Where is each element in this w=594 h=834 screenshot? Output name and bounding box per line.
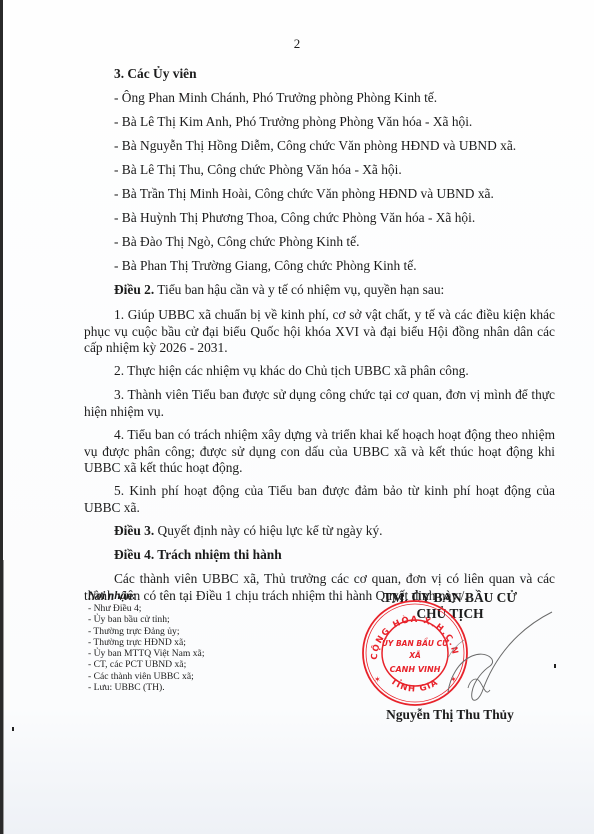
article-4-heading: Điều 4. Trách nhiệm thi hành bbox=[114, 547, 282, 563]
article-2-item-3: 3. Thành viên Tiểu ban được sử dụng công… bbox=[84, 387, 555, 420]
article-3-text: Quyết định này có hiệu lực kể từ ngày ký… bbox=[154, 523, 382, 538]
article-3-label: Điều 3. bbox=[114, 523, 154, 538]
article-2-item-2: 2. Thực hiện các nhiệm vụ khác do Chủ tị… bbox=[84, 363, 555, 380]
article-2-intro: Điều 2. Tiểu ban hậu cần và y tế có nhiệ… bbox=[114, 282, 444, 298]
section-heading: 3. Các Ủy viên bbox=[114, 66, 197, 82]
scan-speck bbox=[554, 664, 556, 668]
article-2-item-5: 5. Kinh phí hoạt động của Tiểu ban được … bbox=[84, 483, 555, 516]
recipient-item: - CT, các PCT UBND xã; bbox=[88, 659, 204, 670]
page-number: 2 bbox=[0, 36, 594, 52]
recipients-block: Nơi nhận: - Như Điều 4; - Ủy ban bầu cử … bbox=[88, 590, 204, 693]
member-item: - Ông Phan Minh Chánh, Phó Trưởng phòng … bbox=[114, 90, 437, 106]
recipient-item: - Ủy ban MTTQ Việt Nam xã; bbox=[88, 648, 204, 659]
stamp-inner-line2: XÃ bbox=[408, 651, 421, 660]
recipient-item: - Lưu: UBBC (TH). bbox=[88, 682, 204, 693]
recipient-item: - Thường trực Đảng ủy; bbox=[88, 626, 204, 637]
document-page: 2 3. Các Ủy viên - Ông Phan Minh Chánh, … bbox=[0, 0, 594, 834]
article-2-item-4: 4. Tiểu ban có trách nhiệm xây dựng và t… bbox=[84, 427, 555, 477]
article-2-intro-text: Tiểu ban hậu cần và y tế có nhiệm vụ, qu… bbox=[154, 282, 444, 297]
member-item: - Bà Đào Thị Ngò, Công chức Phòng Kinh t… bbox=[114, 234, 359, 250]
member-item: - Bà Trần Thị Minh Hoài, Công chức Văn p… bbox=[114, 186, 494, 202]
article-3: Điều 3. Quyết định này có hiệu lực kể từ… bbox=[114, 523, 383, 539]
scan-edge-line bbox=[3, 560, 4, 834]
scan-speck bbox=[12, 727, 14, 731]
signer-name: Nguyễn Thị Thu Thủy bbox=[340, 707, 560, 723]
member-item: - Bà Lê Thị Thu, Công chức Phòng Văn hóa… bbox=[114, 162, 402, 178]
article-2-item-1: 1. Giúp UBBC xã chuẩn bị về kinh phí, cơ… bbox=[84, 307, 555, 357]
handwritten-signature-icon bbox=[440, 600, 560, 710]
recipients-title: Nơi nhận: bbox=[88, 590, 204, 603]
recipient-item: - Như Điều 4; bbox=[88, 603, 204, 614]
stamp-inner-line3: CANH VINH bbox=[390, 665, 441, 674]
member-item: - Bà Phan Thị Trường Giang, Công chức Ph… bbox=[114, 258, 417, 274]
member-item: - Bà Huỳnh Thị Phương Thoa, Công chức Ph… bbox=[114, 210, 475, 226]
recipient-item: - Các thành viên UBBC xã; bbox=[88, 671, 204, 682]
member-item: - Bà Nguyễn Thị Hồng Diễm, Công chức Văn… bbox=[114, 138, 516, 154]
article-2-label: Điều 2. bbox=[114, 282, 154, 297]
member-item: - Bà Lê Thị Kim Anh, Phó Trưởng phòng Ph… bbox=[114, 114, 472, 130]
svg-text:✶: ✶ bbox=[374, 675, 381, 684]
recipient-item: - Ủy ban bầu cử tỉnh; bbox=[88, 614, 204, 625]
recipient-item: - Thường trực HĐND xã; bbox=[88, 637, 204, 648]
